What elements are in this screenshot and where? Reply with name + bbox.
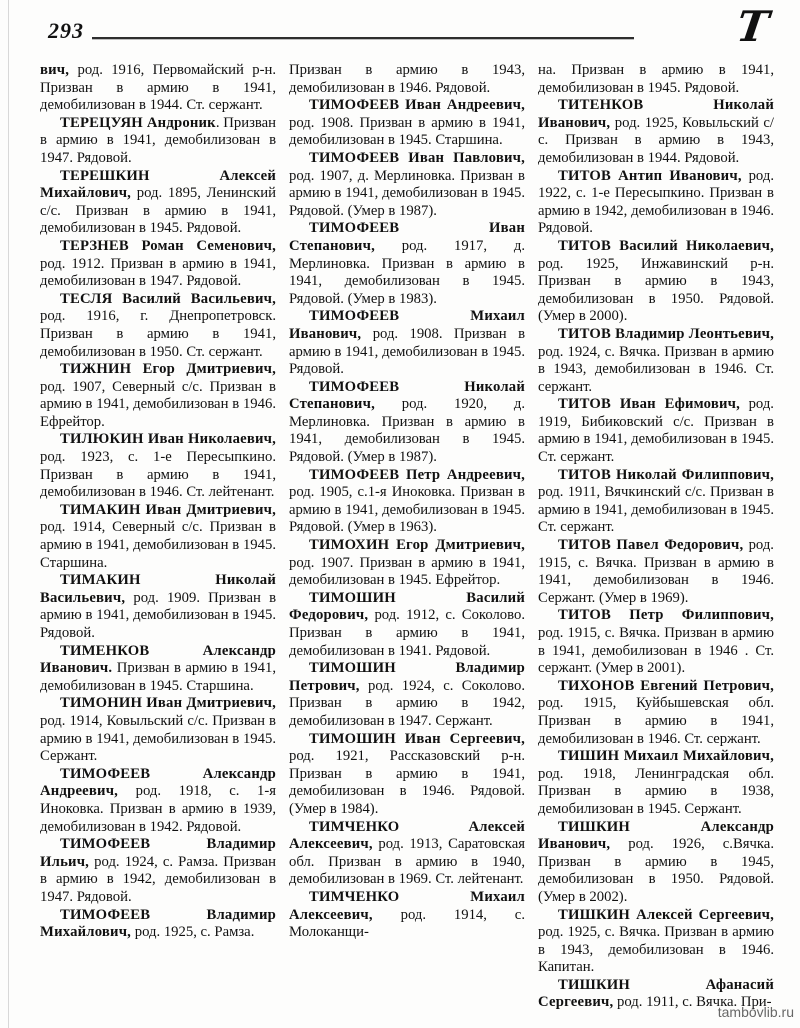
entry: ТИМОХИН Егор Дмитриевич, род. 1907. Приз… <box>289 537 525 590</box>
entry-name: ТЕРЗНЕВ Роман Семенович, <box>60 238 276 254</box>
entry: ТИТОВ Павел Федорович, род. 1915, с. Вяч… <box>538 537 774 607</box>
book-page: 293 Т вич, род. 1916, Первомайский р-н. … <box>0 0 800 1028</box>
entry: ТИТОВ Петр Филиппович, род. 1915, с. Вяч… <box>538 607 774 677</box>
entry-name: ТЕРЕШКИН Алексей Михайлович, <box>40 168 276 202</box>
entry-name: ТИХОНОВ Евгений Петрович, <box>558 678 774 694</box>
entry-name: ТИМОШИН Иван Сергеевич, <box>309 731 525 747</box>
entry-name: ТИТОВ Антип Иванович, <box>558 168 742 184</box>
entry: вич, род. 1916, Первомайский р-н. Призва… <box>40 62 276 115</box>
entry: ТИМОФЕЕВ Михаил Иванович, род. 1908. При… <box>289 308 525 378</box>
column-2: Призван в армию в 1943, демобилизован в … <box>289 62 525 1012</box>
entry-name: ТИМОФЕЕВ Иван Андреевич, <box>309 97 525 113</box>
entry-name: ТИТОВ Владимир Леонтьевич, <box>558 326 774 342</box>
entry: ТЕРЕШКИН Алексей Михайлович, род. 1895, … <box>40 168 276 238</box>
entry: ТИШИН Михаил Михайлович, род. 1918, Лени… <box>538 748 774 818</box>
entry-name: ТИМОШИН Василий Федорович, <box>289 590 525 624</box>
entry-name: ТИЛЮКИН Иван Николаевич, <box>60 431 276 447</box>
entry-name: ТИШКИН Александр Иванович, <box>538 819 774 853</box>
entry: ТИТОВ Иван Ефимович, род. 1919, Бибиковс… <box>538 396 774 466</box>
entry-name: ТЕСЛЯ Василий Васильевич, <box>60 291 276 307</box>
entry: ТИМОФЕЕВ Петр Андреевич, род. 1905, с.1-… <box>289 467 525 537</box>
entry: ТИМОФЕЕВ Николай Степанович, род. 1920, … <box>289 379 525 467</box>
entry: ТИШКИН Александр Иванович, род. 1926, с.… <box>538 819 774 907</box>
entry-name: ТИМОФЕЕВ Иван Павлович, <box>309 150 525 166</box>
entry-name: ТИМОШИН Владимир Петрович, <box>289 660 525 694</box>
entry: Призван в армию в 1943, демобилизован в … <box>289 62 525 97</box>
text-columns: вич, род. 1916, Первомайский р-н. Призва… <box>40 62 774 1012</box>
entry: ТИМЕНКОВ Александр Иванович. Призван в а… <box>40 643 276 696</box>
entry: ТИЛЮКИН Иван Николаевич, род. 1923, с. 1… <box>40 431 276 501</box>
entry-name: ТИМАКИН Николай Васильевич, <box>40 572 276 606</box>
entry-name: ТИМЧЕНКО Алексей Алексеевич, <box>289 819 525 853</box>
entry: на. Призван в армию в 1941, демобилизова… <box>538 62 774 97</box>
page-header: 293 Т <box>40 10 774 56</box>
entry: ТИМОФЕЕВ Александр Андреевич, род. 1918,… <box>40 766 276 836</box>
entry-name: ТИТОВ Павел Федорович, <box>558 537 743 553</box>
entry-name: ТИМОНИН Иван Дмитриевич, <box>60 695 276 711</box>
header-rule <box>92 37 634 39</box>
entry: ТИТОВ Николай Филиппович, род. 1911, Вяч… <box>538 467 774 537</box>
watermark: tambovlib.ru <box>718 1004 794 1020</box>
entry: ТЕСЛЯ Василий Васильевич, род. 1916, г. … <box>40 291 276 361</box>
entry-name: ТИШИН Михаил Михайлович, <box>558 748 774 764</box>
entry-name: ТЕРЕЦУЯН Андроник <box>60 115 216 131</box>
entry-name: вич, <box>40 62 69 78</box>
entry: ТИМЧЕНКО Михаил Алексеевич, род. 1914, с… <box>289 889 525 942</box>
entry: ТИМОШИН Владимир Петрович, род. 1924, с.… <box>289 660 525 730</box>
entry: ТИМЧЕНКО Алексей Алексеевич, род. 1913, … <box>289 819 525 889</box>
entry-name: ТИМОФЕЕВ Владимир Михайлович, <box>40 907 276 941</box>
entry-name: ТИМАКИН Иван Дмитриевич, <box>60 502 276 518</box>
entry: ТИМОНИН Иван Дмитриевич, род. 1914, Ковы… <box>40 695 276 765</box>
entry: ТИЖНИН Егор Дмитриевич, род. 1907, Север… <box>40 361 276 431</box>
entry-name: ТИМОФЕЕВ Иван Степанович, <box>289 220 525 254</box>
entry-name: ТИМЧЕНКО Михаил Алексеевич, <box>289 889 525 923</box>
entry: ТИМОФЕЕВ Иван Андреевич, род. 1908. Приз… <box>289 97 525 150</box>
entry: ТИМОФЕЕВ Иван Степанович, род. 1917, д. … <box>289 220 525 308</box>
entry: ТИШКИН Алексей Сергеевич, род. 1925, с. … <box>538 907 774 977</box>
entry-name: ТИТОВ Василий Николаевич, <box>558 238 774 254</box>
entry-name: ТИТЕНКОВ Николай Иванович, <box>538 97 774 131</box>
page-number: 293 <box>48 18 84 44</box>
entry-name: ТИМОФЕЕВ Владимир Ильич, <box>40 836 276 870</box>
entry-name: ТИМОФЕЕВ Александр Андреевич, <box>40 766 276 800</box>
entry-name: ТИМОФЕЕВ Петр Андреевич, <box>309 467 525 483</box>
column-1: вич, род. 1916, Первомайский р-н. Призва… <box>40 62 276 1012</box>
entry: ТЕРЗНЕВ Роман Семенович, род. 1912. Приз… <box>40 238 276 291</box>
entry: ТИМОФЕЕВ Владимир Ильич, род. 1924, с. Р… <box>40 836 276 906</box>
entry: ТИХОНОВ Евгений Петрович, род. 1915, Куй… <box>538 678 774 748</box>
entry-name: ТИТОВ Николай Филиппович, <box>558 467 774 483</box>
column-3: на. Призван в армию в 1941, демобилизова… <box>538 62 774 1012</box>
entry-name: ТИТОВ Иван Ефимович, <box>558 396 740 412</box>
entry: ТИТОВ Владимир Леонтьевич, род. 1924, с.… <box>538 326 774 396</box>
entry: ТИМАКИН Иван Дмитриевич, род. 1914, Севе… <box>40 502 276 572</box>
entry-name: ТИМОХИН Егор Дмитриевич, <box>309 537 525 553</box>
entry-name: ТИТОВ Петр Филиппович, <box>558 607 774 623</box>
entry: ТИМОШИН Василий Федорович, род. 1912, с.… <box>289 590 525 660</box>
entry: ТЕРЕЦУЯН Андроник. Призван в армию в 194… <box>40 115 276 168</box>
entry-name: ТИМЕНКОВ Александр Иванович. <box>40 643 276 677</box>
entry: ТИТЕНКОВ Николай Иванович, род. 1925, Ко… <box>538 97 774 167</box>
entry-name: ТИМОФЕЕВ Михаил Иванович, <box>289 308 525 342</box>
entry: ТИМАКИН Николай Васильевич, род. 1909. П… <box>40 572 276 642</box>
entry: ТИМОФЕЕВ Иван Павлович, род. 1907, д. Ме… <box>289 150 525 220</box>
entry: ТИМОФЕЕВ Владимир Михайлович, род. 1925,… <box>40 907 276 942</box>
entry-name: ТИМОФЕЕВ Николай Степанович, <box>289 379 525 413</box>
entry: ТИТОВ Василий Николаевич, род. 1925, Инж… <box>538 238 774 326</box>
section-letter-ornament: Т <box>734 6 771 48</box>
entry: ТИМОШИН Иван Сергеевич, род. 1921, Расск… <box>289 731 525 819</box>
entry: ТИТОВ Антип Иванович, род. 1922, с. 1-е … <box>538 168 774 238</box>
entry-name: ТИШКИН Алексей Сергеевич, <box>558 907 774 923</box>
entry-name: ТИЖНИН Егор Дмитриевич, <box>60 361 276 377</box>
